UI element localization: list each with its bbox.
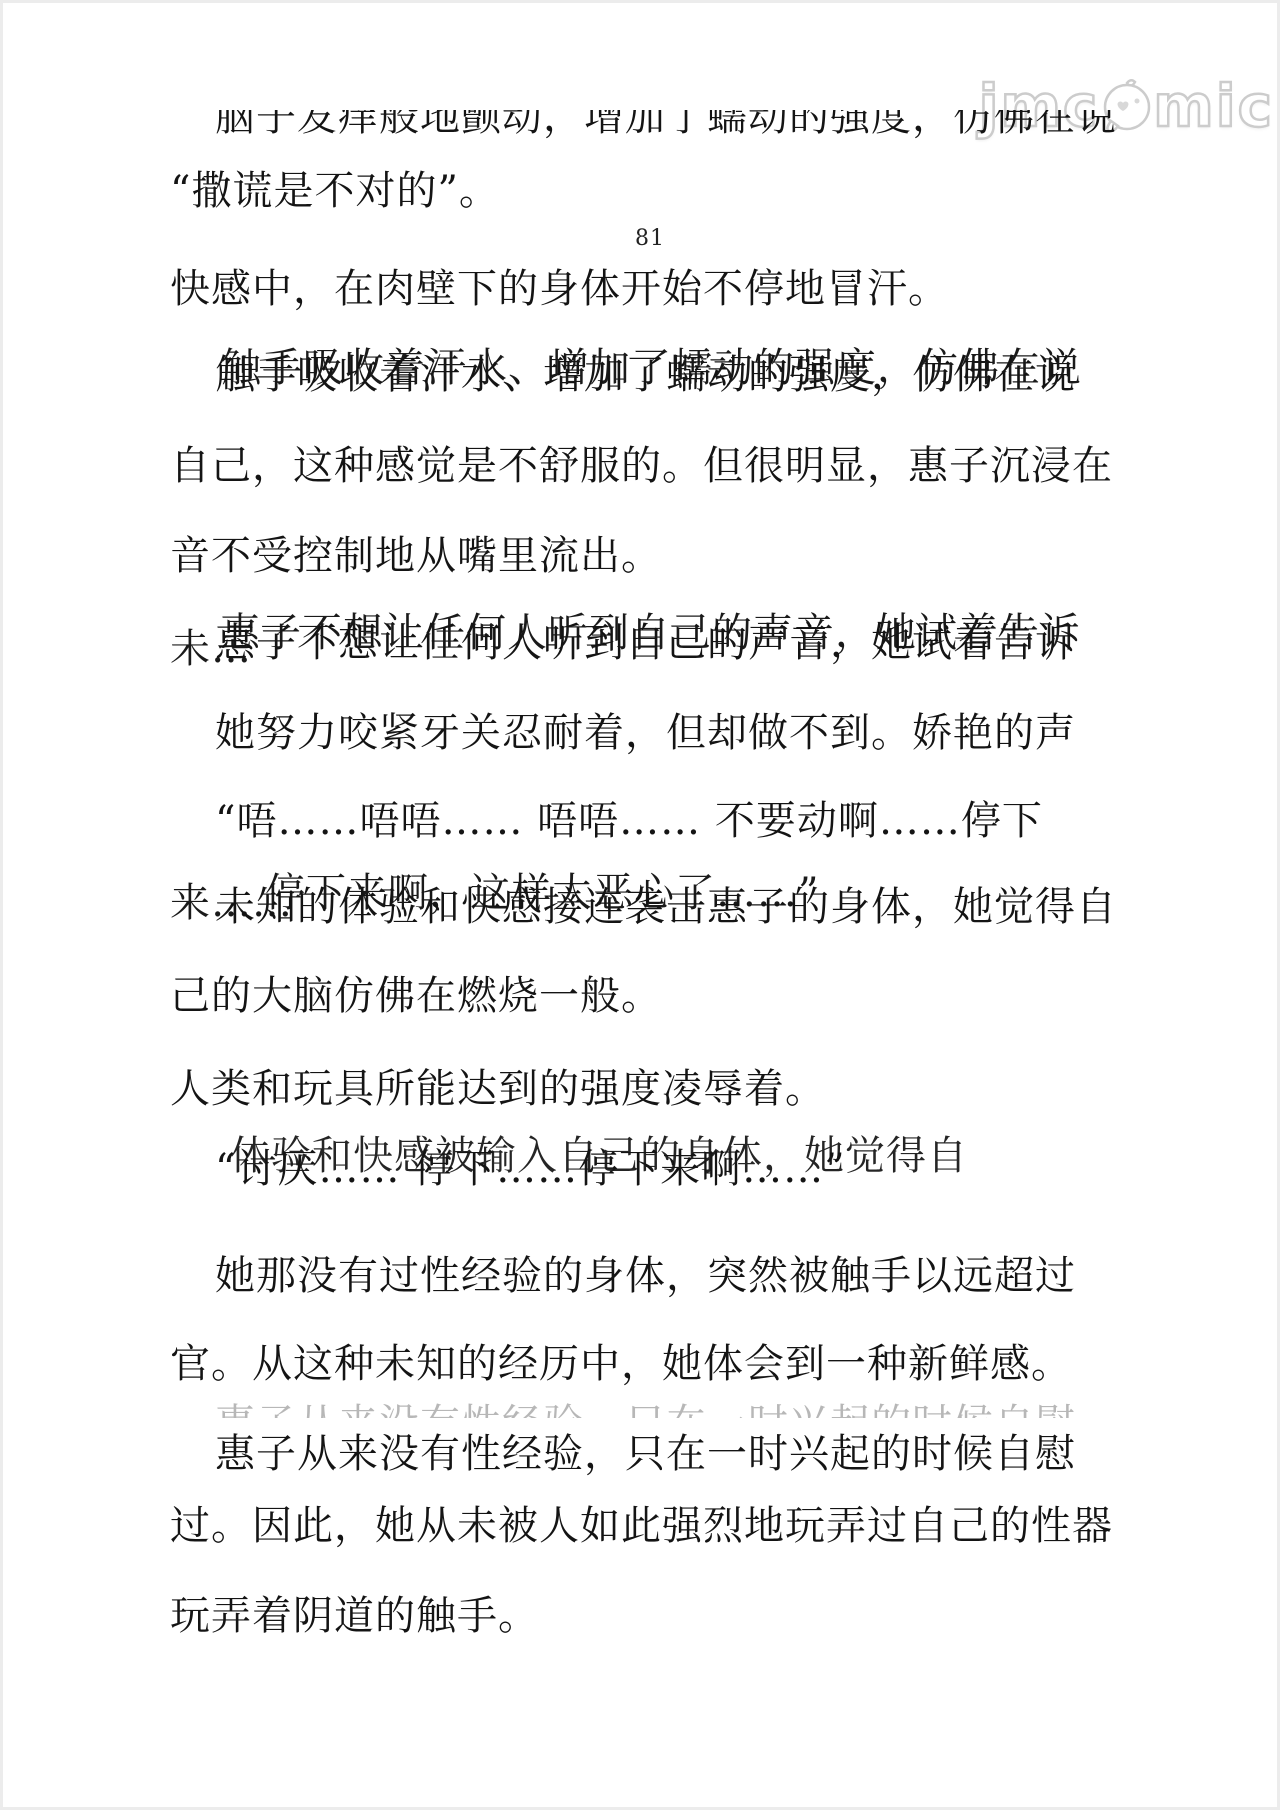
text-line: 过。因此，她从未被人如此强烈地玩弄过自己的性器 — [170, 1501, 1130, 1551]
text-line: 她那没有过性经验的身体，突然被触手以远超过 — [170, 1251, 1130, 1301]
text-line: 官。从这种未知的经历中，她体会到一种新鲜感。 — [170, 1339, 1130, 1389]
novel-page: 脑子发痒般地颤动，增加了蠕动的强度，仿佛在说 “撒谎是不对的”。 81 快感中，… — [0, 0, 1280, 1810]
text-line-doubled: 体验和快感被输入自己的身体，她觉得自 “讨厌…… 停下……停下来啊……” — [170, 1144, 1130, 1194]
text-line-doubled: 触手吸收着汗水、增加了蠕动的强度，仿佛在说 触手吸收着汗水、增加了蠕动的强度，仿… — [170, 350, 1130, 400]
text-line: “唔……唔唔…… 唔唔…… 不要动啊……停下 — [170, 796, 1130, 846]
text-line: 快感中，在肉壁下的身体开始不停地冒汗。 — [170, 264, 1130, 314]
text-line: 自己，这种感觉是不舒服的。但很明显，惠子沉浸在 — [170, 441, 1130, 491]
text-line: 惠子从来没有性经验，只在一时兴起的时候自慰 — [170, 1429, 1130, 1479]
watermark-text-right: mic — [1153, 72, 1274, 140]
text-line: 音不受控制地从嘴里流出。 — [170, 531, 1130, 581]
text-line-doubled: 未… 惠子不想让任何人听到自己的声音，她试着告诉 惠子不想让任何人听到自己的声音… — [170, 618, 1130, 668]
page-number: 81 — [570, 226, 730, 251]
text-line: 玩弄着阴道的触手。 — [170, 1591, 1130, 1641]
text-line: 她努力咬紧牙关忍耐着，但却做不到。娇艳的声 — [170, 708, 1130, 758]
text-line-clipped: 脑子发痒般地颤动，增加了蠕动的强度，仿佛在说 — [170, 110, 1130, 146]
text-line-doubled: 来…… 停下来啊，这样太恶心了……” 未知的体验和快感接连袭击惠子的身体，她觉得… — [170, 882, 1130, 932]
text-line: “撒谎是不对的”。 — [170, 166, 1130, 216]
text-line-text: 脑子发痒般地颤动，增加了蠕动的强度，仿佛在说 — [170, 110, 1130, 142]
text-line-ghost-clipped: 惠子从来没有性经验，只在一时兴起的时候自慰 — [170, 1401, 1130, 1418]
text-line: 己的大脑仿佛在燃烧一般。 — [170, 971, 1130, 1021]
text-line: 人类和玩具所能达到的强度凌辱着。 — [170, 1064, 1130, 1114]
